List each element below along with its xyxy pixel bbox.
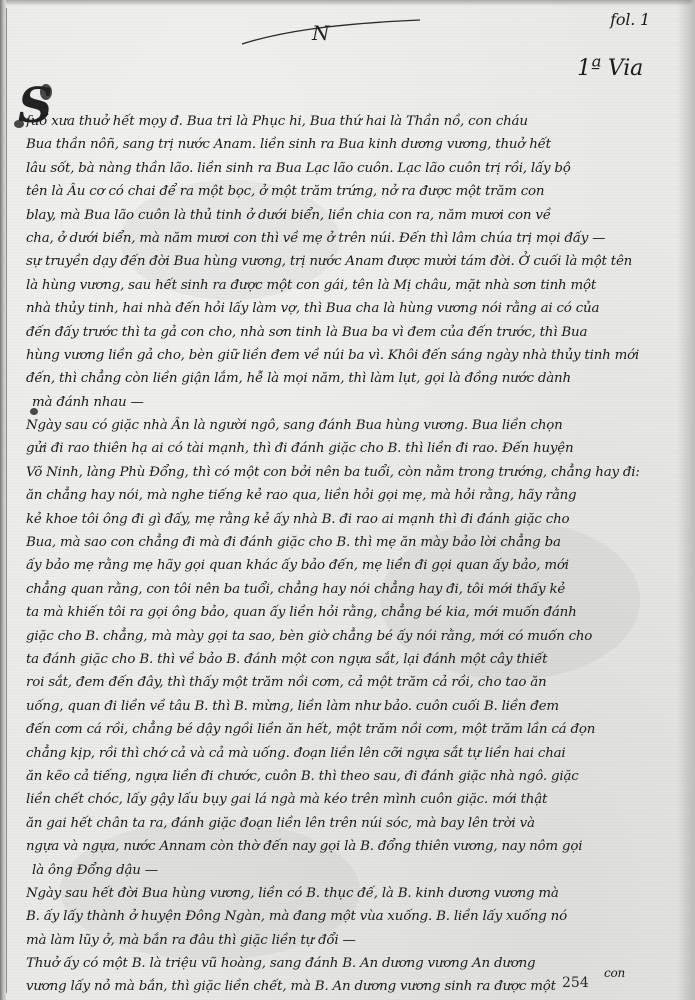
page-right-edge bbox=[677, 0, 695, 1000]
via-label: 1ª Via bbox=[577, 56, 643, 81]
text-line: lâu sốt, bà nàng thần lão. liền sinh ra … bbox=[26, 157, 656, 180]
text-line: chẳng quan rằng, con tôi nên ba tuổi, ch… bbox=[26, 578, 656, 601]
text-line: cha, ở dưới biển, mà năm mươi con thì về… bbox=[26, 227, 656, 250]
text-line: kẻ khoe tôi ông đi gì đấy, mẹ rằng kẻ ấy… bbox=[26, 508, 656, 531]
text-line: hùng vương liền gả cho, bèn giữ liền đem… bbox=[26, 344, 656, 367]
text-line: Ngày sau có giặc nhà Ân là người ngô, sa… bbox=[26, 414, 656, 437]
text-line: là ông Đổng dậu — bbox=[26, 859, 656, 882]
text-line: đến đấy trước thì ta gả con cho, nhà sơn… bbox=[26, 321, 656, 344]
text-line: Võ Ninh, làng Phù Đổng, thì có một con b… bbox=[26, 461, 656, 484]
margin-rule bbox=[6, 8, 7, 993]
page-number: 254 bbox=[562, 975, 589, 991]
text-line: Bua, mà sao con chẳng đi mà đi đánh giặc… bbox=[26, 531, 656, 554]
text-line: ăn gai hết chân ta ra, đánh giặc đoạn li… bbox=[26, 812, 656, 835]
text-line: ăn kẽo cả tiếng, ngựa liền đi chước, cuô… bbox=[26, 765, 656, 788]
text-line: đến, thì chẳng còn liền giận lắm, hễ là … bbox=[26, 367, 656, 390]
text-line: ăn chẳng hay nói, mà nghe tiếng kẻ rao q… bbox=[26, 484, 656, 507]
text-line: nhà thủy tinh, hai nhà đến hỏi lấy làm v… bbox=[26, 297, 656, 320]
text-line: gửi đi rao thiên hạ ai có tài mạnh, thì … bbox=[26, 437, 656, 460]
folio-label: fol. 1 bbox=[610, 10, 650, 29]
text-line: roi sắt, đem đến đây, thì thấy một trăm … bbox=[26, 671, 656, 694]
manuscript-page: N fol. 1 1ª Via S ſuổ xưa thuở hết mọy đ… bbox=[0, 0, 695, 1000]
text-line: Thuở ấy có một B. là triệu vũ hoàng, san… bbox=[26, 952, 656, 975]
text-line: liền chết chóc, lấy gậy lấu bụy gai lá n… bbox=[26, 788, 656, 811]
svg-text:N: N bbox=[311, 21, 331, 45]
text-line: Bua thần nôñ, sang trị nước Anam. liền s… bbox=[26, 133, 656, 156]
text-line: uống, quan đi liền về tâu B. thì B. mừng… bbox=[26, 695, 656, 718]
text-line: chẳng kịp, rồi thì chớ cả và cả mà uống.… bbox=[26, 742, 656, 765]
text-line: ấy bảo mẹ rằng mẹ hãy gọi quan khác ấy b… bbox=[26, 554, 656, 577]
manuscript-text: ſuổ xưa thuở hết mọy đ. Bua tri là Phục … bbox=[26, 110, 656, 999]
text-line: Ngày sau hết đời Bua hùng vương, liền có… bbox=[26, 882, 656, 905]
page-top-edge bbox=[0, 0, 695, 6]
catchword: con bbox=[604, 966, 625, 980]
text-line: đến cơm cá rồi, chẳng bé dậy ngồi liền ă… bbox=[26, 718, 656, 741]
text-line: ta mà khiến tôi ra gọi ông bảo, quan ấy … bbox=[26, 601, 656, 624]
top-flourish-mark: N bbox=[240, 14, 425, 48]
text-line: tên là Âu cơ có chai để ra một bọc, ở mộ… bbox=[26, 180, 656, 203]
text-line: sự truyền dạy đến đời Bua hùng vương, tr… bbox=[26, 250, 656, 273]
text-line: ſuổ xưa thuở hết mọy đ. Bua tri là Phục … bbox=[26, 110, 656, 133]
text-line: mà làm lũy ở, mà bắn ra đâu thì giặc liề… bbox=[26, 929, 656, 952]
text-line: là hùng vương, sau hết sinh ra được một … bbox=[26, 274, 656, 297]
text-line: ngựa và ngựa, nước Annam còn thờ đến nay… bbox=[26, 835, 656, 858]
text-line: mà đánh nhau — bbox=[26, 391, 656, 414]
text-line: giặc cho B. chẳng, mà mày gọi ta sao, bè… bbox=[26, 625, 656, 648]
text-line: blay, mà Bua lão cuôn là thủ tinh ở dưới… bbox=[26, 204, 656, 227]
text-line: B. ấy lấy thành ở huyện Đông Ngàn, mà đa… bbox=[26, 905, 656, 928]
text-line: ta đánh giặc cho B. thì về bảo B. đánh m… bbox=[26, 648, 656, 671]
